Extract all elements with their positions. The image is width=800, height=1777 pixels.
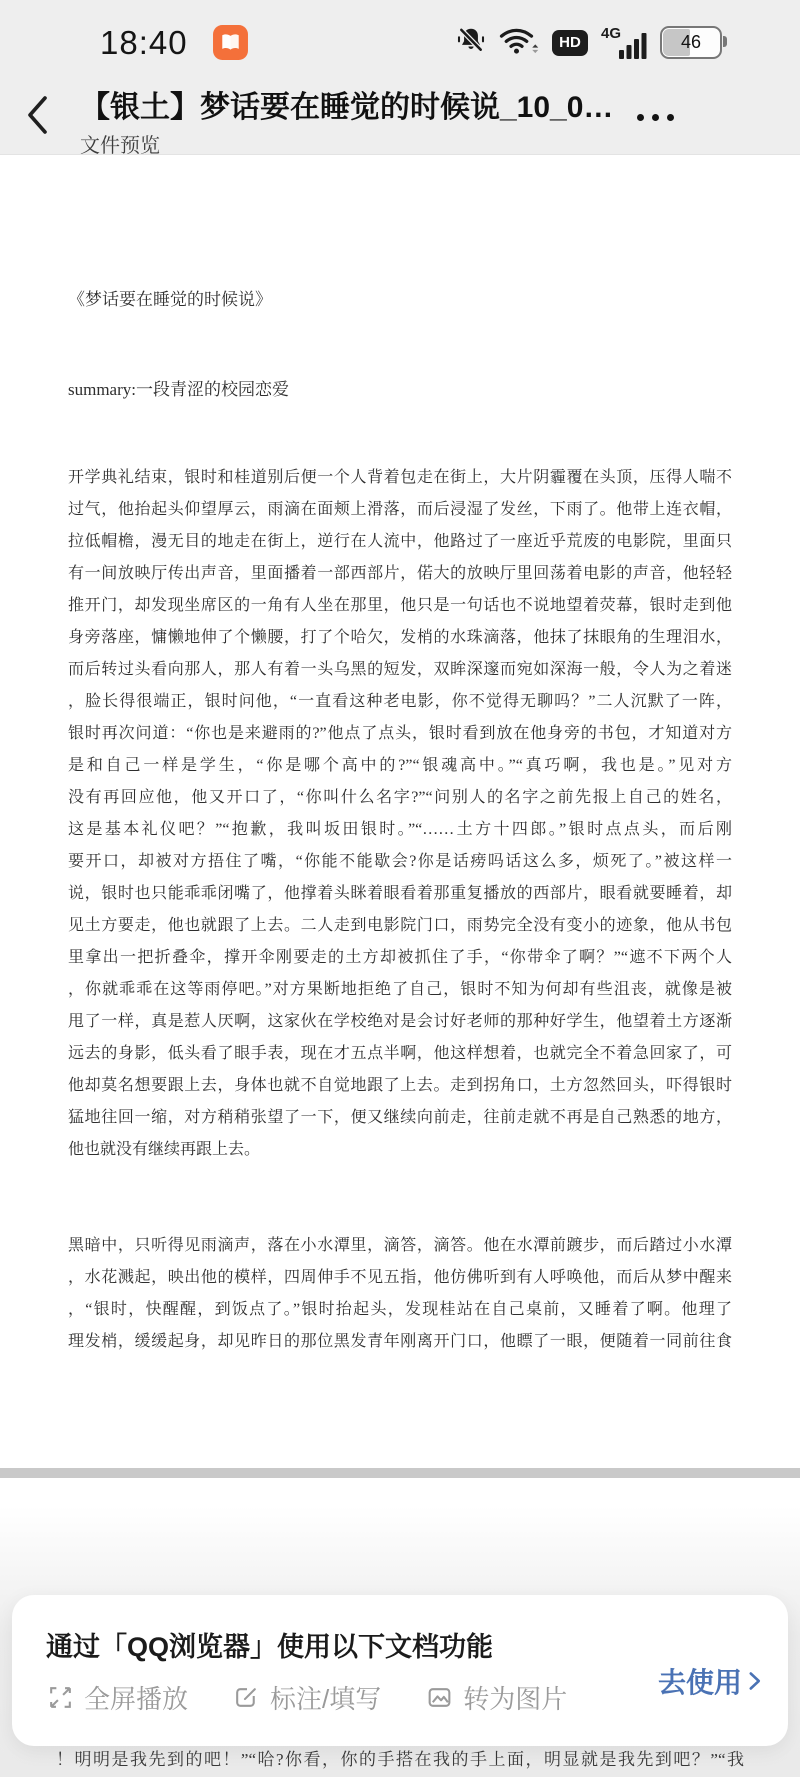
fullscreen-play-button[interactable]: 全屏播放 xyxy=(46,1679,188,1716)
doc-line: 没有再回应他，他又开口了，“你叫什么名字?”“问别人的名字之前先报上自己的姓名， xyxy=(68,782,732,814)
doc-line: ，你就乖乖在这等雨停吧。”对方果断地拒绝了自己，银时不知为何却有些沮丧，就像是被 xyxy=(68,974,732,1006)
doc-line: 要开口，却被对方捂住了嘴，“你能不能歇会?你是话痨吗话这么多，烦死了。”被这样一 xyxy=(68,846,732,878)
doc-line: 里拿出一把折叠伞，撑开伞刚要走的土方却被抓住了手，“你带伞了啊？”“遮不下两个人 xyxy=(68,942,732,974)
clock: 18:40 xyxy=(100,24,188,62)
header-titles: 【银土】梦话要在睡觉的时候说_10_0… 文件预览 xyxy=(80,82,636,158)
reader-app-notification-icon xyxy=(212,24,249,61)
doc-line: 是和自己一样是学生，“你是哪个高中的?”“银魂高中。”“真巧啊，我也是。”见对方 xyxy=(68,750,732,782)
go-use-label: 去使用 xyxy=(658,1661,742,1701)
qq-browser-promo-card: 通过「QQ浏览器」使用以下文档功能 全屏播放 xyxy=(12,1595,788,1746)
feature-row: 全屏播放 标注/填写 转为图片 xyxy=(46,1679,658,1716)
doc-line: 这是基本礼仪吧？”“抱歉，我叫坂田银时。”“……土方十四郎。”银时点点头，而后刚 xyxy=(68,814,732,846)
promo-card-left: 通过「QQ浏览器」使用以下文档功能 全屏播放 xyxy=(46,1625,658,1716)
hd-badge: HD xyxy=(552,30,588,56)
doc-line: 过气，他抬起头仰望厚云，雨滴在面颊上滑落，而后浸湿了发丝，下雨了。他带上连衣帽， xyxy=(68,494,732,526)
dot-icon xyxy=(667,114,674,121)
doc-line: ，“银时，快醒醒，到饭点了。”银时抬起头，发现桂站在自己桌前，又睡着了啊。他理了 xyxy=(68,1294,732,1326)
doc-line: 猛地往回一缩，对方稍稍张望了一下，便又继续向前走，往前走就不再是自己熟悉的地方， xyxy=(68,1102,732,1134)
doc-line: 理发梢，缓缓起身，却见昨日的那位黑发青年刚离开门口，他瞟了一眼，便随着一同前往食 xyxy=(68,1326,732,1358)
app-header: 【银土】梦话要在睡觉的时候说_10_0… 文件预览 xyxy=(0,75,800,155)
paragraph-2: 黑暗中，只听得见雨滴声，落在小水潭里，滴答，滴答。他在水潭前踱步，而后踏过小水潭… xyxy=(68,1230,732,1358)
mute-bell-icon xyxy=(456,25,486,60)
doc-line: 他也就没有继续再跟上去。 xyxy=(68,1134,732,1166)
document-bottom-line: ！明明是我先到的吧！”“哈?你看，你的手搭在我的手上面，明显就是我先到吧？”“我 xyxy=(56,1745,744,1770)
paragraph-1: 开学典礼结束，银时和桂道别后便一个人背着包走在街上，大片阴霾覆在头顶，压得人喘不… xyxy=(68,462,732,1166)
doc-line: ，水花溅起，映出他的模样，四周伸手不见五指，他仿佛听到有人呼唤他，而后从梦中醒来 xyxy=(68,1262,732,1294)
feature-label: 转为图片 xyxy=(463,1679,567,1716)
network-type-label: 4G xyxy=(601,25,621,42)
doc-line: 推开门，却发现坐席区的一角有人坐在那里，他只是一句话也不说地望着荧幕，银时走到他 xyxy=(68,590,732,622)
cellular-signal-icon: 4G xyxy=(601,27,647,59)
doc-line: 远去的身影，低头看了眼手表，现在才五点半啊，他这样想着，也就完全不着急回家了，可 xyxy=(68,1038,732,1070)
doc-line: ，脸长得很端正，银时问他，“一直看这种老电影，你不觉得无聊吗？”二人沉默了一阵， xyxy=(68,686,732,718)
dot-icon xyxy=(637,114,644,121)
doc-line: 黑暗中，只听得见雨滴声，落在小水潭里，滴答，滴答。他在水潭前踱步，而后踏过小水潭 xyxy=(68,1230,732,1262)
document-title: 【银土】梦话要在睡觉的时候说_10_0… xyxy=(80,82,636,126)
doc-line: 说，银时也只能乖乖闭嘴了，他撑着头眯着眼看着那重复播放的西部片，眼看就要睡着，却 xyxy=(68,878,732,910)
fullscreen-icon xyxy=(46,1683,75,1712)
doc-line: 甩了一样，真是惹人厌啊，这家伙在学校绝对是会讨好老师的那种好学生，他望着土方逐渐 xyxy=(68,1006,732,1038)
battery-cap xyxy=(723,36,727,47)
feature-label: 标注/填写 xyxy=(270,1679,381,1716)
status-icons: HD 4G 46 xyxy=(456,25,722,60)
document-page-2: ！明明是我先到的吧！”“哈?你看，你的手搭在我的手上面，明显就是我先到吧？”“我… xyxy=(0,1478,800,1777)
doc-line: 银时再次问道：“你也是来避雨的?”他点了点头，银时看到放在他身旁的书包，才知道对… xyxy=(68,718,732,750)
page-subtitle: 文件预览 xyxy=(80,129,636,158)
doc-line: 身旁落座，慵懒地伸了个懒腰，打了个哈欠，发梢的水珠滴落，他抹了抹眼角的生理泪水， xyxy=(68,622,732,654)
promo-title: 通过「QQ浏览器」使用以下文档功能 xyxy=(46,1625,658,1664)
doc-line: 而后转过头看向那人，那人有着一头乌黑的短发，双眸深邃而宛如深海一般，令人为之着迷 xyxy=(68,654,732,686)
wifi-icon xyxy=(499,26,539,60)
battery-percentage: 46 xyxy=(681,32,701,53)
convert-to-image-button[interactable]: 转为图片 xyxy=(425,1679,567,1716)
page-divider xyxy=(0,1468,800,1478)
battery-icon: 46 xyxy=(660,26,722,59)
annotate-icon xyxy=(232,1683,261,1712)
image-icon xyxy=(425,1683,454,1712)
book-title: 《梦话要在睡觉的时候说》 xyxy=(68,284,732,316)
dot-icon xyxy=(652,114,659,121)
doc-line: 他却莫名想要跟上去，身体也就不自觉地跟了上去。走到拐角口，土方忽然回头，吓得银时 xyxy=(68,1070,732,1102)
chevron-right-icon xyxy=(747,1669,762,1693)
more-options-button[interactable] xyxy=(633,110,678,125)
doc-line: 拉低帽檐，漫无目的地走在街上，逆行在人流中，他路过了一座近乎荒废的电影院，里面只 xyxy=(68,526,732,558)
annotate-fill-button[interactable]: 标注/填写 xyxy=(232,1679,381,1716)
status-bar: 18:40 xyxy=(0,0,800,75)
summary-line: summary:一段青涩的校园恋爱 xyxy=(68,374,732,406)
doc-line: 有一间放映厅传出声音，里面播着一部西部片，偌大的放映厅里回荡着电影的声音，他轻轻 xyxy=(68,558,732,590)
doc-line: 见土方要走，他也就跟了上去。二人走到电影院门口，雨势完全没有变小的迹象，他从书包 xyxy=(68,910,732,942)
file-preview-screen: 18:40 xyxy=(0,0,800,1777)
chevron-left-icon xyxy=(24,94,50,136)
feature-label: 全屏播放 xyxy=(84,1679,188,1716)
go-use-button[interactable]: 去使用 xyxy=(658,1661,762,1701)
document-page-1[interactable]: 《梦话要在睡觉的时候说》 summary:一段青涩的校园恋爱 开学典礼结束，银时… xyxy=(0,156,800,1468)
doc-line: 开学典礼结束，银时和桂道别后便一个人背着包走在街上，大片阴霾覆在头顶，压得人喘不 xyxy=(68,462,732,494)
back-button[interactable] xyxy=(20,92,54,138)
